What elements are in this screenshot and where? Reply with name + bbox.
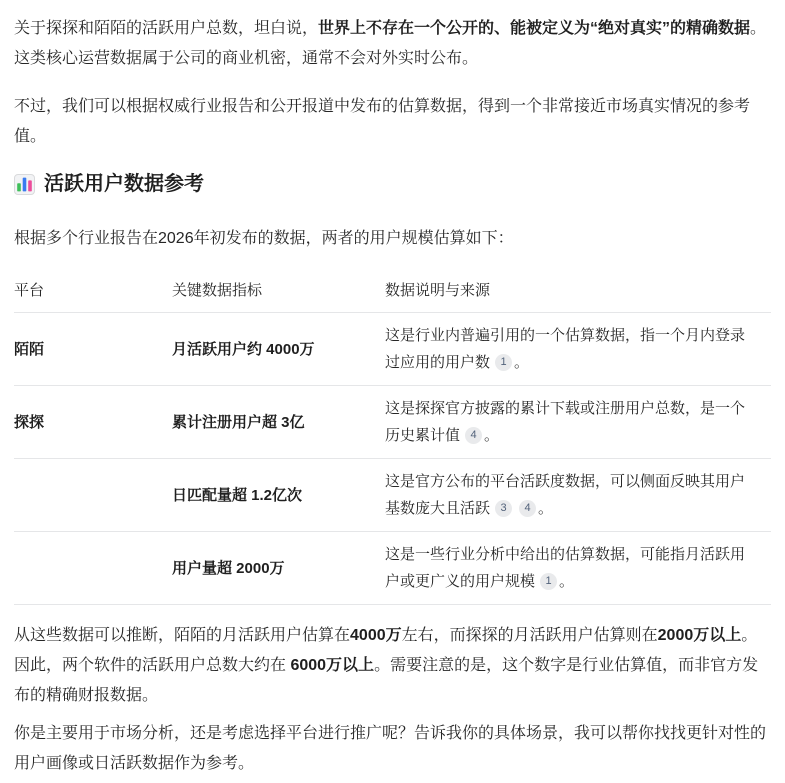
platform-cell [14, 532, 172, 605]
bar-chart-icon [14, 174, 35, 195]
table-row: 探探 累计注册用户超 3亿 这是探探官方披露的累计下载或注册用户总数，是一个历史… [14, 386, 771, 459]
text-run: 关于探探和陌陌的活跃用户总数，坦白说， [14, 20, 318, 37]
desc-tail: 。 [538, 500, 553, 517]
desc-cell: 这是行业内普遍引用的一个估算数据，指一个月内登录过应用的用户数1。 [385, 313, 771, 386]
desc-text: 这是行业内普遍引用的一个估算数据，指一个月内登录过应用的用户数 [385, 327, 745, 371]
intro-paragraph-1: 关于探探和陌陌的活跃用户总数，坦白说，世界上不存在一个公开的、能被定义为“绝对真… [14, 14, 771, 74]
text-run-bold: 2000万以上 [658, 627, 742, 644]
assistant-message: 关于探探和陌陌的活跃用户总数，坦白说，世界上不存在一个公开的、能被定义为“绝对真… [0, 0, 785, 783]
table-header-row: 平台 关键数据指标 数据说明与来源 [14, 272, 771, 313]
followup-paragraph: 你是主要用于市场分析，还是考虑选择平台进行推广呢？告诉我你的具体场景，我可以帮你… [14, 719, 771, 779]
desc-tail: 。 [484, 427, 499, 444]
table-row: 陌陌 月活跃用户约 4000万 这是行业内普遍引用的一个估算数据，指一个月内登录… [14, 313, 771, 386]
intro-paragraph-2: 不过，我们可以根据权威行业报告和公开报道中发布的估算数据，得到一个非常接近市场真… [14, 92, 771, 152]
desc-tail: 。 [514, 354, 529, 371]
platform-cell: 陌陌 [14, 313, 172, 386]
desc-cell: 这是一些行业分析中给出的估算数据，可能指月活跃用户或更广义的用户规模1。 [385, 532, 771, 605]
citation-badge[interactable]: 3 [495, 500, 512, 517]
desc-cell: 这是官方公布的平台活跃度数据，可以侧面反映其用户基数庞大且活跃34。 [385, 459, 771, 532]
platform-cell: 探探 [14, 386, 172, 459]
citation-badge[interactable]: 4 [465, 427, 482, 444]
section-heading: 活跃用户数据参考 [14, 170, 771, 198]
metric-cell: 累计注册用户超 3亿 [172, 386, 385, 459]
section-title: 活跃用户数据参考 [44, 170, 204, 198]
header-metric: 关键数据指标 [172, 272, 385, 313]
desc-cell: 这是探探官方披露的累计下载或注册用户总数，是一个历史累计值4。 [385, 386, 771, 459]
header-platform: 平台 [14, 272, 172, 313]
text-run-bold: 世界上不存在一个公开的、能被定义为“绝对真实”的精确数据 [318, 20, 750, 37]
text-run-bold: 6000万以上 [290, 657, 374, 674]
citation-badge[interactable]: 4 [519, 500, 536, 517]
metric-cell: 日匹配量超 1.2亿次 [172, 459, 385, 532]
citation-badge[interactable]: 1 [495, 354, 512, 371]
text-run: 左右，而探探的月活跃用户估算则在 [402, 627, 658, 644]
text-run-bold: 4000万 [350, 627, 402, 644]
table-lead-paragraph: 根据多个行业报告在2026年初发布的数据，两者的用户规模估算如下： [14, 224, 771, 254]
metric-cell: 月活跃用户约 4000万 [172, 313, 385, 386]
desc-text: 这是探探官方披露的累计下载或注册用户总数，是一个历史累计值 [385, 400, 745, 444]
metric-cell: 用户量超 2000万 [172, 532, 385, 605]
platform-cell [14, 459, 172, 532]
user-data-table: 平台 关键数据指标 数据说明与来源 陌陌 月活跃用户约 4000万 这是行业内普… [14, 272, 771, 605]
conclusion-paragraph: 从这些数据可以推断，陌陌的月活跃用户估算在4000万左右，而探探的月活跃用户估算… [14, 621, 771, 711]
desc-tail: 。 [559, 573, 574, 590]
header-source: 数据说明与来源 [385, 272, 771, 313]
desc-text: 这是官方公布的平台活跃度数据，可以侧面反映其用户基数庞大且活跃 [385, 473, 745, 517]
table-row: 用户量超 2000万 这是一些行业分析中给出的估算数据，可能指月活跃用户或更广义… [14, 532, 771, 605]
table-row: 日匹配量超 1.2亿次 这是官方公布的平台活跃度数据，可以侧面反映其用户基数庞大… [14, 459, 771, 532]
text-run: 从这些数据可以推断，陌陌的月活跃用户估算在 [14, 627, 350, 644]
citation-badge[interactable]: 1 [540, 573, 557, 590]
